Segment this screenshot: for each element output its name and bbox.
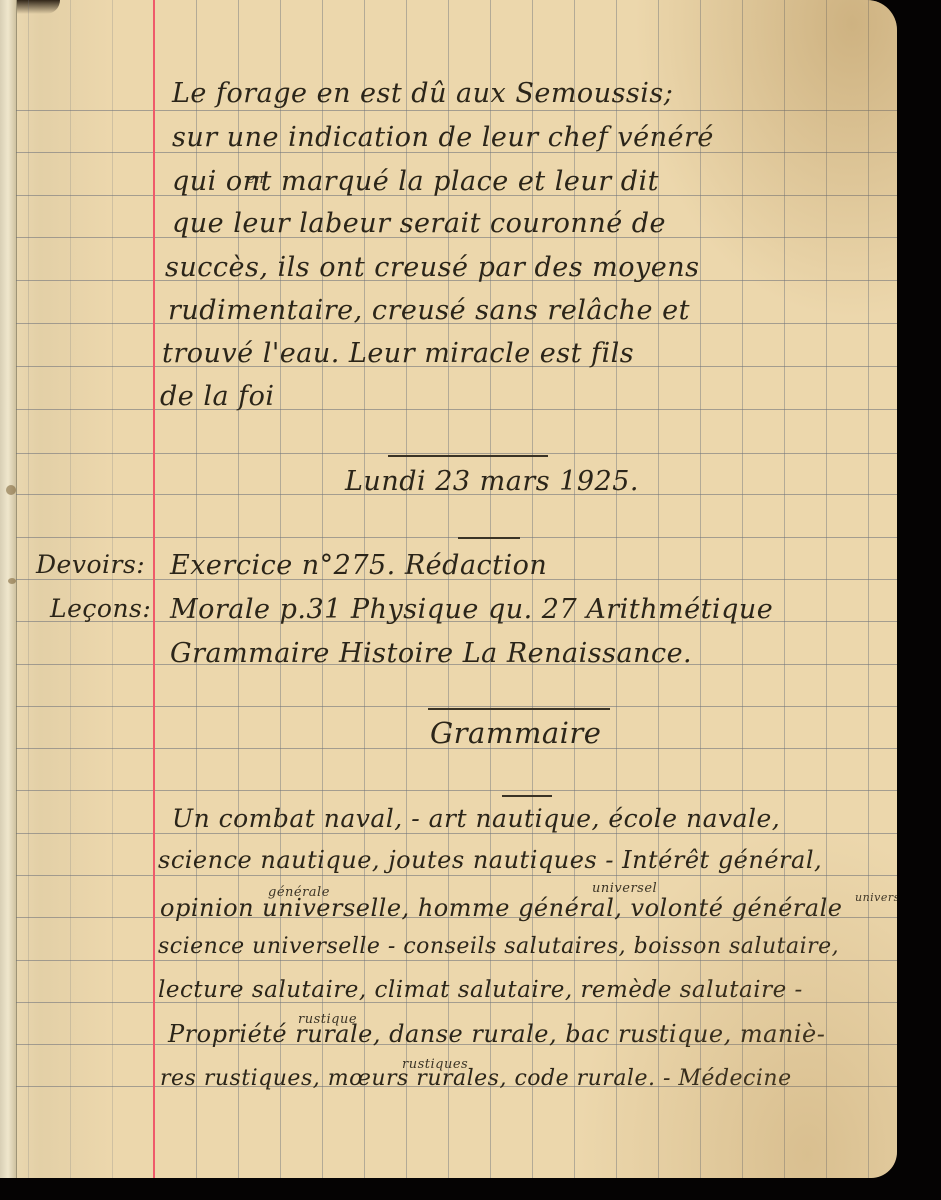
grid-vline — [112, 0, 113, 1178]
text-line: succès, ils ont creusé par des moyens — [165, 252, 700, 283]
separator-rule — [388, 455, 548, 457]
text-line: de la foi — [160, 381, 275, 412]
lecons-line: Morale p.31 Physique qu. 27 Arithmétique — [170, 594, 773, 625]
grid-vline — [826, 0, 827, 1178]
grid-hline — [16, 110, 897, 111]
text-line: science universelle - conseils salutaire… — [158, 934, 839, 959]
text-line: res rustiques, mœurs rurales, code rural… — [160, 1066, 792, 1091]
notebook-page: Le forage en est dû aux Semoussis; sur u… — [0, 0, 897, 1178]
grid-vline — [28, 0, 29, 1178]
text-line: Propriété rurale, danse rurale, bac rust… — [168, 1020, 825, 1048]
correction-text: univers — [855, 891, 897, 904]
red-margin-line — [153, 0, 155, 1178]
text-line: sur une indication de leur chef vénéré — [172, 122, 714, 153]
devoirs-text: Exercice n°275. Rédaction — [170, 550, 547, 581]
text-line: lecture salutaire, climat salutaire, rem… — [158, 977, 803, 1003]
devoirs-label: Devoirs: — [36, 550, 145, 579]
text-line: science nautique, joutes nautiques - Int… — [158, 846, 822, 874]
text-line: Un combat naval, - art nautique, école n… — [172, 804, 780, 833]
lecons-label: Leçons: — [50, 594, 151, 623]
section-title: Grammaire — [430, 716, 601, 750]
grid-hline — [16, 706, 897, 707]
date-heading: Lundi 23 mars 1925. — [345, 466, 639, 497]
grid-hline — [16, 875, 897, 876]
grid-hline — [16, 409, 897, 410]
binding-tear — [6, 485, 16, 495]
grid-vline — [868, 0, 869, 1178]
grid-hline — [16, 453, 897, 454]
grid-hline — [16, 790, 897, 791]
notebook-binding — [0, 0, 17, 1178]
grid-hline — [16, 960, 897, 961]
text-line: Le forage en est dû aux Semoussis; — [172, 78, 673, 109]
grid-hline — [16, 833, 897, 834]
grid-vline — [70, 0, 71, 1178]
lecons-line: Grammaire Histoire La Renaissance. — [170, 638, 692, 669]
text-line: trouvé l'eau. Leur miracle est fils — [162, 338, 634, 369]
text-line: qui ont marqué la place et leur dit — [172, 166, 659, 197]
binding-tear — [8, 578, 16, 584]
text-line: que leur labeur serait couronné de — [172, 208, 666, 239]
grid-hline — [16, 537, 897, 538]
separator-rule — [428, 708, 610, 710]
text-line: opinion universelle, homme général, volo… — [160, 894, 842, 922]
separator-rule — [502, 795, 552, 797]
text-line: rudimentaire, creusé sans relâche et — [168, 295, 690, 326]
separator-rule — [458, 537, 520, 539]
